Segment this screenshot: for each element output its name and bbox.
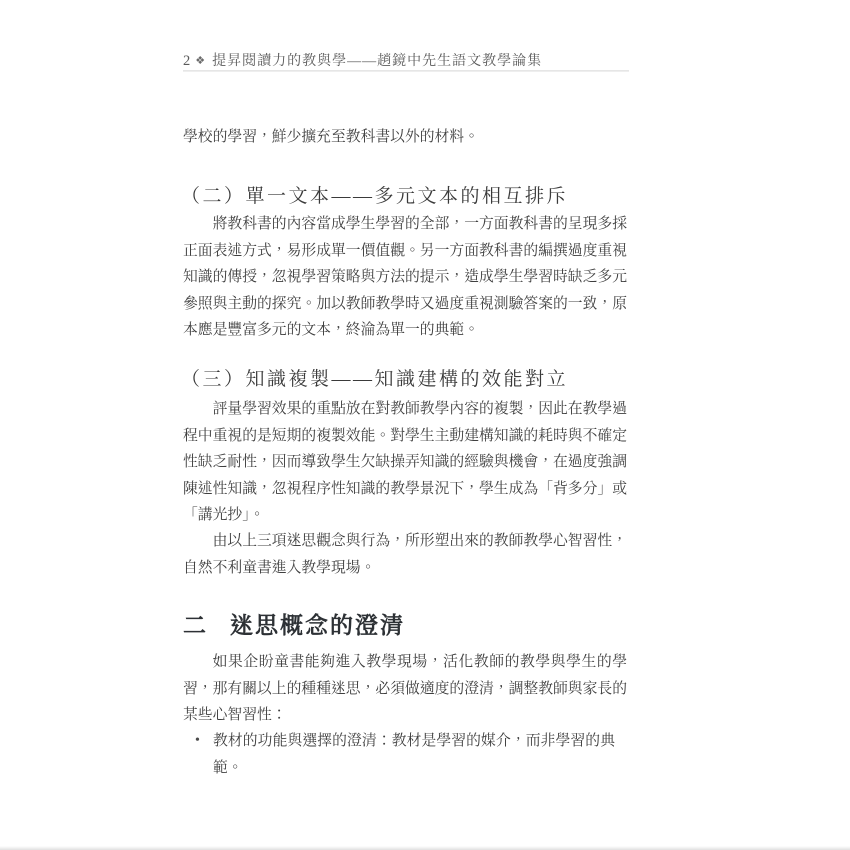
- subsection-3-paragraph-2: 由以上三項迷思觀念與行為，所形塑出來的教師教學心智習性，自然不利童書進入教學現場…: [183, 528, 627, 581]
- page-bottom-edge-shadow: [0, 846, 850, 850]
- bullet-text: 教材的功能與選擇的澄清：教材是學習的媒介，而非學習的典範。: [213, 733, 615, 776]
- running-head: 2❖提昇閱讀力的教與學——趙鏡中先生語文教學論集: [183, 50, 628, 70]
- section-2-heading: 二迷思概念的澄清: [183, 607, 643, 640]
- diamond-ornament-icon: ❖: [195, 55, 206, 67]
- section-2-number: 二: [183, 612, 208, 638]
- subsection-3-paragraph-1: 評量學習效果的重點放在對教師教學內容的複製，因此在教學過程中重視的是短期的複製效…: [183, 396, 627, 529]
- section-2-title: 迷思概念的澄清: [230, 612, 405, 638]
- bullet-marker: •: [195, 728, 200, 755]
- page-number: 2: [183, 53, 191, 69]
- book-page: 2❖提昇閱讀力的教與學——趙鏡中先生語文教學論集 學校的學習，鮮少擴充至教科書以…: [0, 0, 850, 850]
- bullet-item: •教材的功能與選擇的澄清：教材是學習的媒介，而非學習的典範。: [191, 728, 615, 781]
- subsection-2-heading: （二）單一文本——多元文本的相互排斥: [181, 181, 641, 208]
- running-title: 提昇閱讀力的教與學——趙鏡中先生語文教學論集: [212, 54, 542, 69]
- header-divider: [183, 70, 629, 72]
- subsection-3-heading: （三）知識複製——知識建構的效能對立: [181, 364, 641, 391]
- section-2-paragraph: 如果企盼童書能夠進入教學現場，活化教師的教學與學生的學習，那有關以上的種種迷思，…: [183, 649, 627, 729]
- subsection-2-paragraph: 將教科書的內容當成學生學習的全部，一方面教科書的呈現多採正面表述方式，易形成單一…: [183, 211, 627, 344]
- paragraph-intro: 學校的學習，鮮少擴充至教科書以外的材料。: [183, 124, 627, 151]
